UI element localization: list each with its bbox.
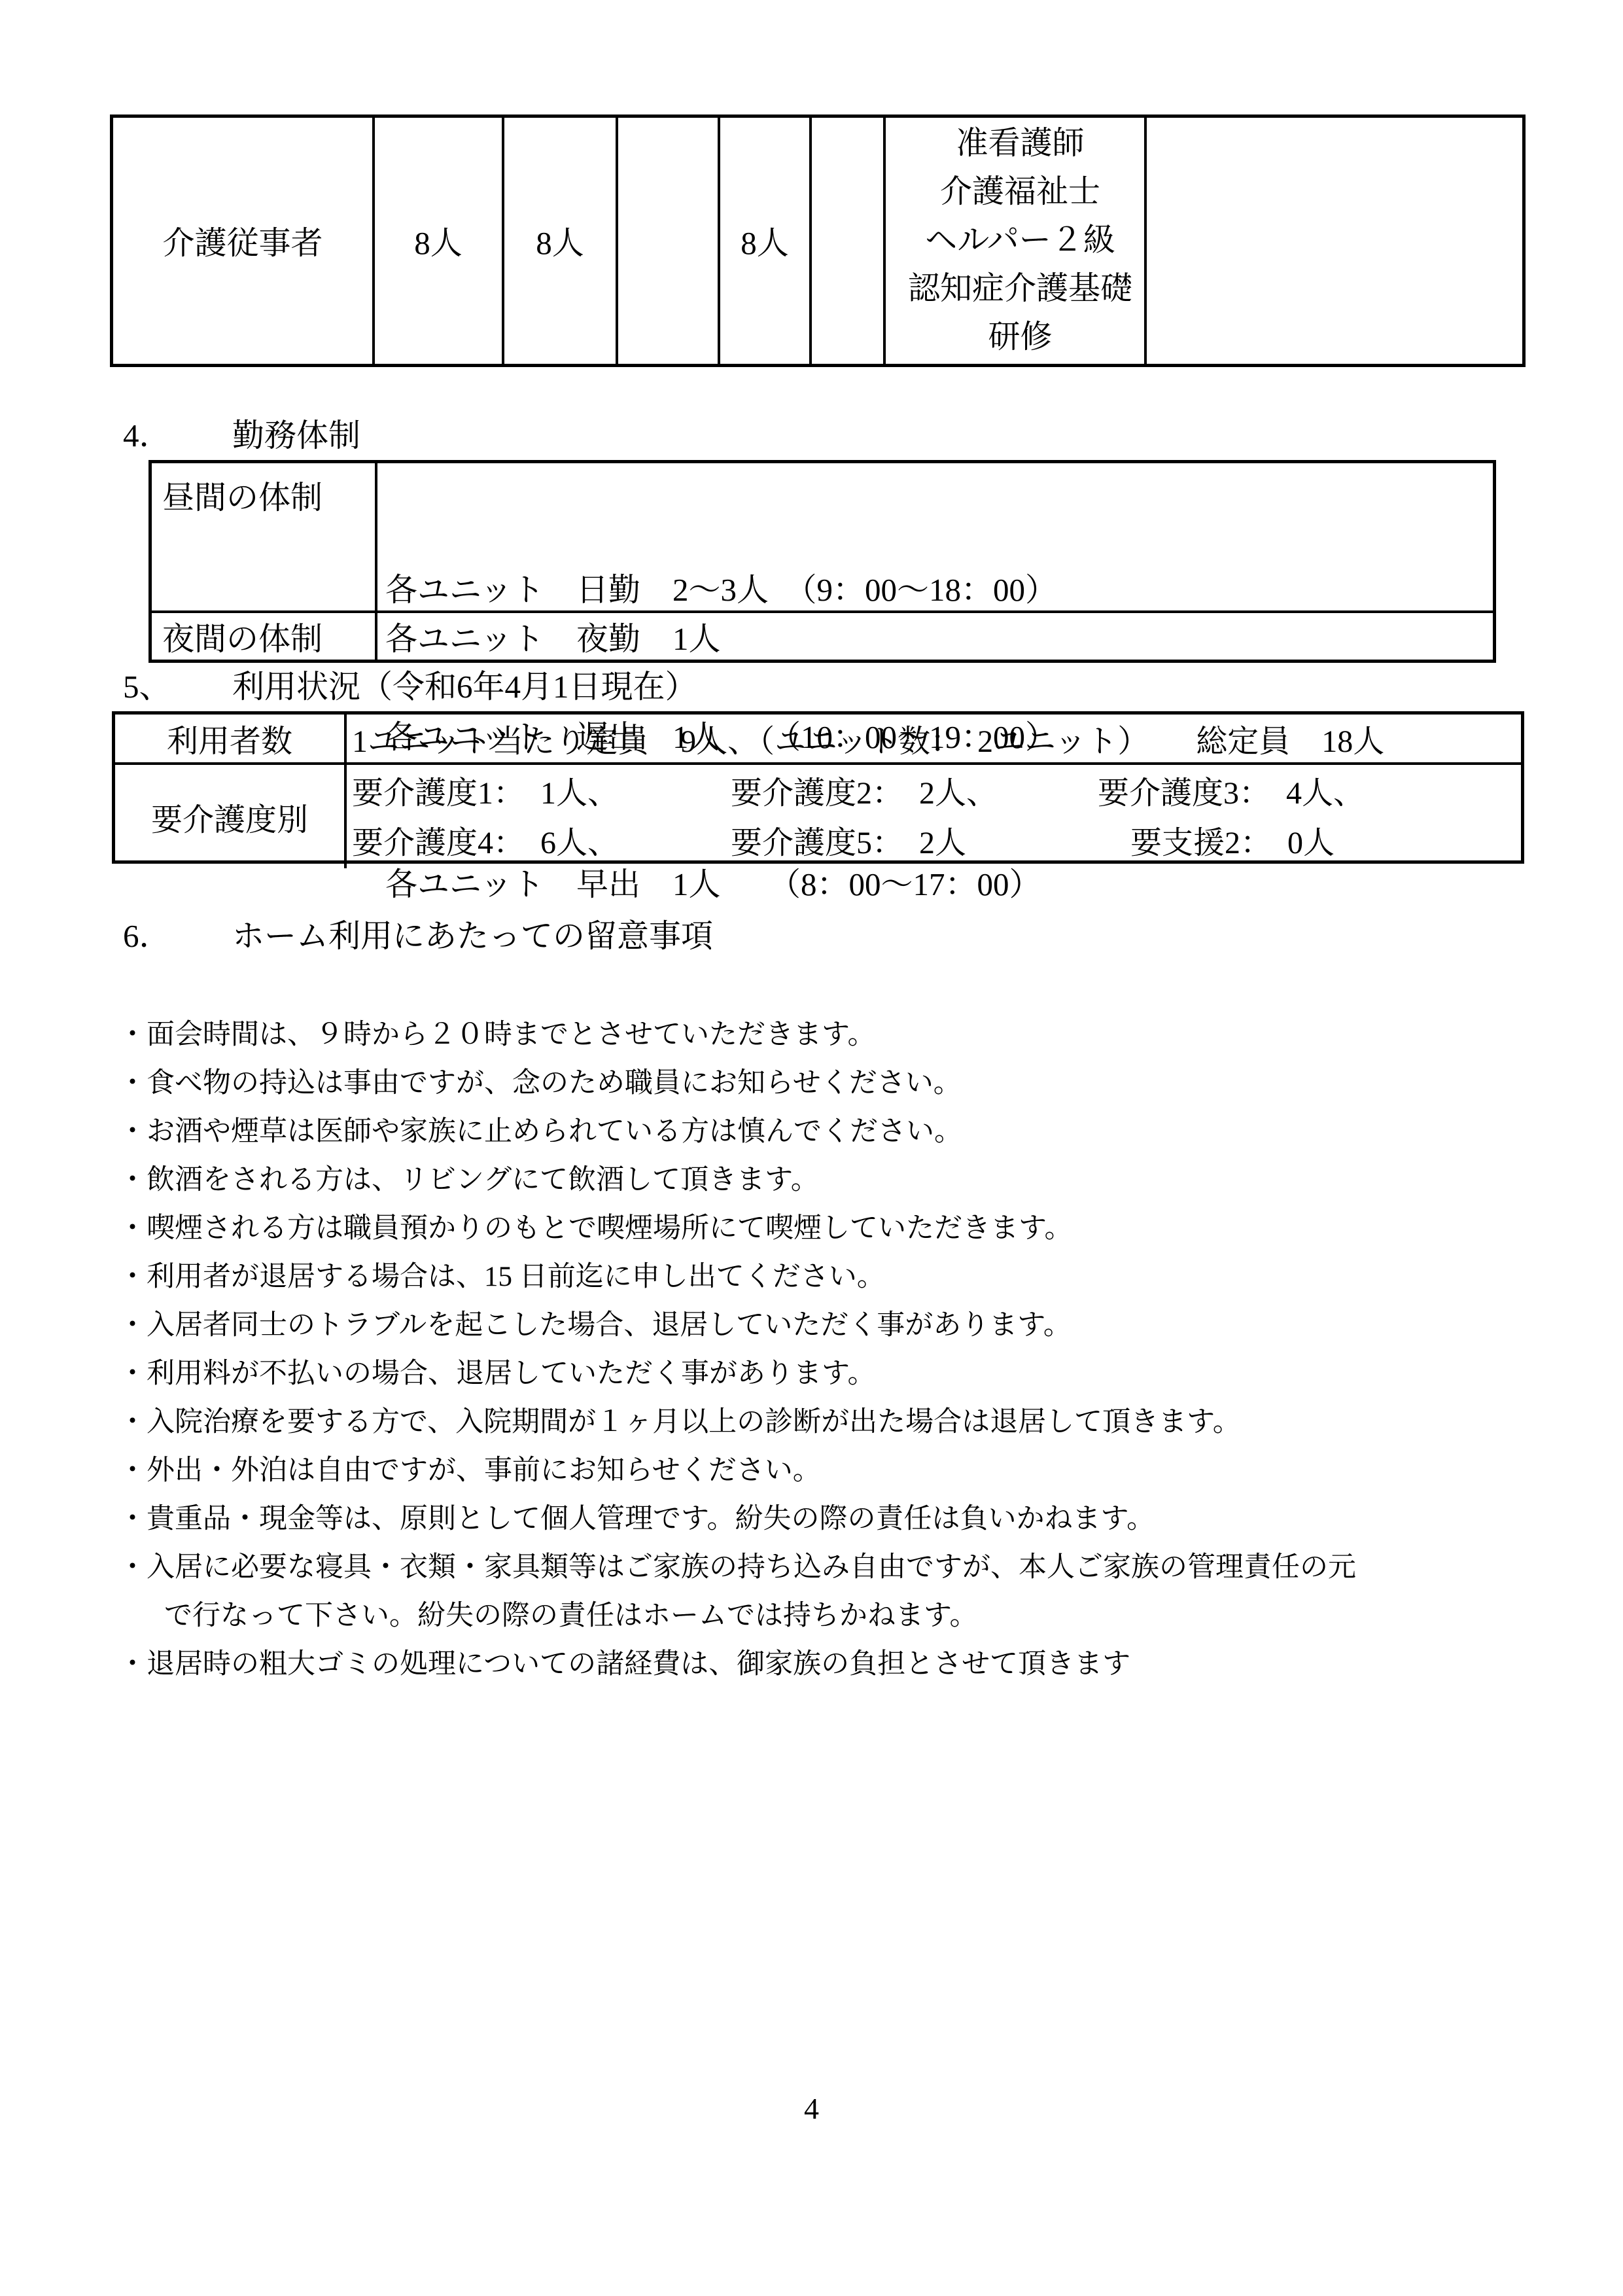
page-number: 4 [0, 2091, 1623, 2126]
section6-heading: 6．ホーム利用にあたっての留意事項 [123, 919, 713, 953]
staff-note-cell [1147, 118, 1522, 364]
shift-line: 各ユニット 日勤 2～3人 （9：00～18：00） [385, 565, 1493, 614]
user-count-value-cell: 1ユニット当たり定員 9人、（ユニット数： 2ユニット） 総定員 18人 [347, 715, 1521, 765]
note-item: ・面会時間は、９時から２０時までとさせていただきます。 [118, 1011, 1538, 1059]
qualification-line: 介護福祉士 [896, 168, 1144, 216]
note-item: ・外出・外泊は自由ですが、事前にお知らせください。 [118, 1447, 1538, 1495]
staff-table: 介護従事者 8人 8人 8人 准看護師 介護福祉士 ヘルパー２級 認知症介護基礎… [110, 115, 1526, 367]
care-level-item: 要介護度2： 2人、 [731, 769, 1098, 819]
staff-qualifications-cell: 准看護師 介護福祉士 ヘルパー２級 認知症介護基礎 研修 [886, 118, 1147, 364]
staff-role-cell: 介護従事者 [113, 118, 375, 364]
staff-count-cell [618, 118, 720, 364]
section-number: 5、 [123, 670, 232, 704]
night-shift-label-cell: 夜間の体制 [152, 613, 377, 660]
qualification-line: 認知症介護基礎 [896, 264, 1144, 313]
section4-heading: 4．勤務体制 [123, 419, 360, 453]
qualification-line: 研修 [896, 313, 1144, 361]
day-shift-value-cell: 各ユニット 日勤 2～3人 （9：00～18：00） 各ユニット 遅出 1人 （… [377, 463, 1493, 613]
care-level-item: 要介護度1： 1人、 [352, 769, 731, 819]
usage-status-table: 利用者数 1ユニット当たり定員 9人、（ユニット数： 2ユニット） 総定員 18… [112, 711, 1524, 864]
note-item: ・入居者同士のトラブルを起こした場合、退居していただく事があります。 [118, 1301, 1538, 1350]
document-page: 介護従事者 8人 8人 8人 准看護師 介護福祉士 ヘルパー２級 認知症介護基礎… [0, 0, 1623, 2296]
section-number: 4． [123, 419, 232, 453]
care-level-item: 要介護度4： 6人、 [352, 819, 731, 868]
note-item: ・貴重品・現金等は、原則として個人管理です。紛失の際の責任は負いかねます。 [118, 1495, 1538, 1544]
note-item: ・入院治療を要する方で、入院期間が１ヶ月以上の診断が出た場合は退居して頂きます。 [118, 1398, 1538, 1447]
section-number: 6． [123, 919, 232, 953]
note-item: ・入居に必要な寝具・衣類・家具類等はご家族の持ち込み自由ですが、本人ご家族の管理… [118, 1544, 1381, 1640]
section-title: ホーム利用にあたっての留意事項 [232, 919, 713, 953]
note-item: ・利用料が不払いの場合、退居していただく事があります。 [118, 1350, 1538, 1398]
care-level-line: 要介護度1： 1人、 要介護度2： 2人、 要介護度3： 4人、 [352, 769, 1521, 819]
care-level-item: 要支援2： 0人 [1098, 819, 1335, 868]
care-level-label-cell: 要介護度別 [115, 765, 347, 868]
care-level-value-cell: 要介護度1： 1人、 要介護度2： 2人、 要介護度3： 4人、 要介護度4： … [347, 765, 1521, 868]
day-shift-label-cell: 昼間の体制 [152, 463, 377, 613]
note-item: ・利用者が退居する場合は、15 日前迄に申し出てください。 [118, 1253, 1538, 1301]
care-level-item: 要介護度5： 2人 [731, 819, 1098, 868]
note-item: ・退居時の粗大ゴミの処理についての諸経費は、御家族の負担とさせて頂きます [118, 1640, 1538, 1689]
note-item: ・食べ物の持込は事由ですが、念のため職員にお知らせください。 [118, 1059, 1538, 1108]
section-title: 勤務体制 [232, 419, 360, 453]
care-level-line: 要介護度4： 6人、 要介護度5： 2人 要支援2： 0人 [352, 819, 1521, 868]
user-count-label-cell: 利用者数 [115, 715, 347, 765]
care-level-item: 要介護度3： 4人、 [1098, 769, 1365, 819]
staff-count-cell: 8人 [504, 118, 618, 364]
staff-count-cell: 8人 [375, 118, 504, 364]
section5-heading: 5、利用状況（令和6年4月1日現在） [123, 670, 697, 704]
note-item: ・喫煙される方は職員預かりのもとで喫煙場所にて喫煙していただきます。 [118, 1205, 1538, 1253]
staff-count-cell [812, 118, 886, 364]
section-title: 利用状況（令和6年4月1日現在） [232, 670, 697, 704]
note-item: ・お酒や煙草は医師や家族に止められている方は慎んでください。 [118, 1108, 1538, 1156]
notes-list: ・面会時間は、９時から２０時までとさせていただきます。 ・食べ物の持込は事由です… [118, 1011, 1538, 1689]
note-item: ・飲酒をされる方は、リビングにて飲酒して頂きます。 [118, 1156, 1538, 1205]
qualification-line: ヘルパー２級 [896, 216, 1144, 264]
work-schedule-table: 昼間の体制 各ユニット 日勤 2～3人 （9：00～18：00） 各ユニット 遅… [148, 460, 1496, 663]
staff-count-cell: 8人 [720, 118, 812, 364]
qualification-line: 准看護師 [896, 119, 1144, 168]
night-shift-value-cell: 各ユニット 夜勤 1人 [377, 613, 1493, 660]
